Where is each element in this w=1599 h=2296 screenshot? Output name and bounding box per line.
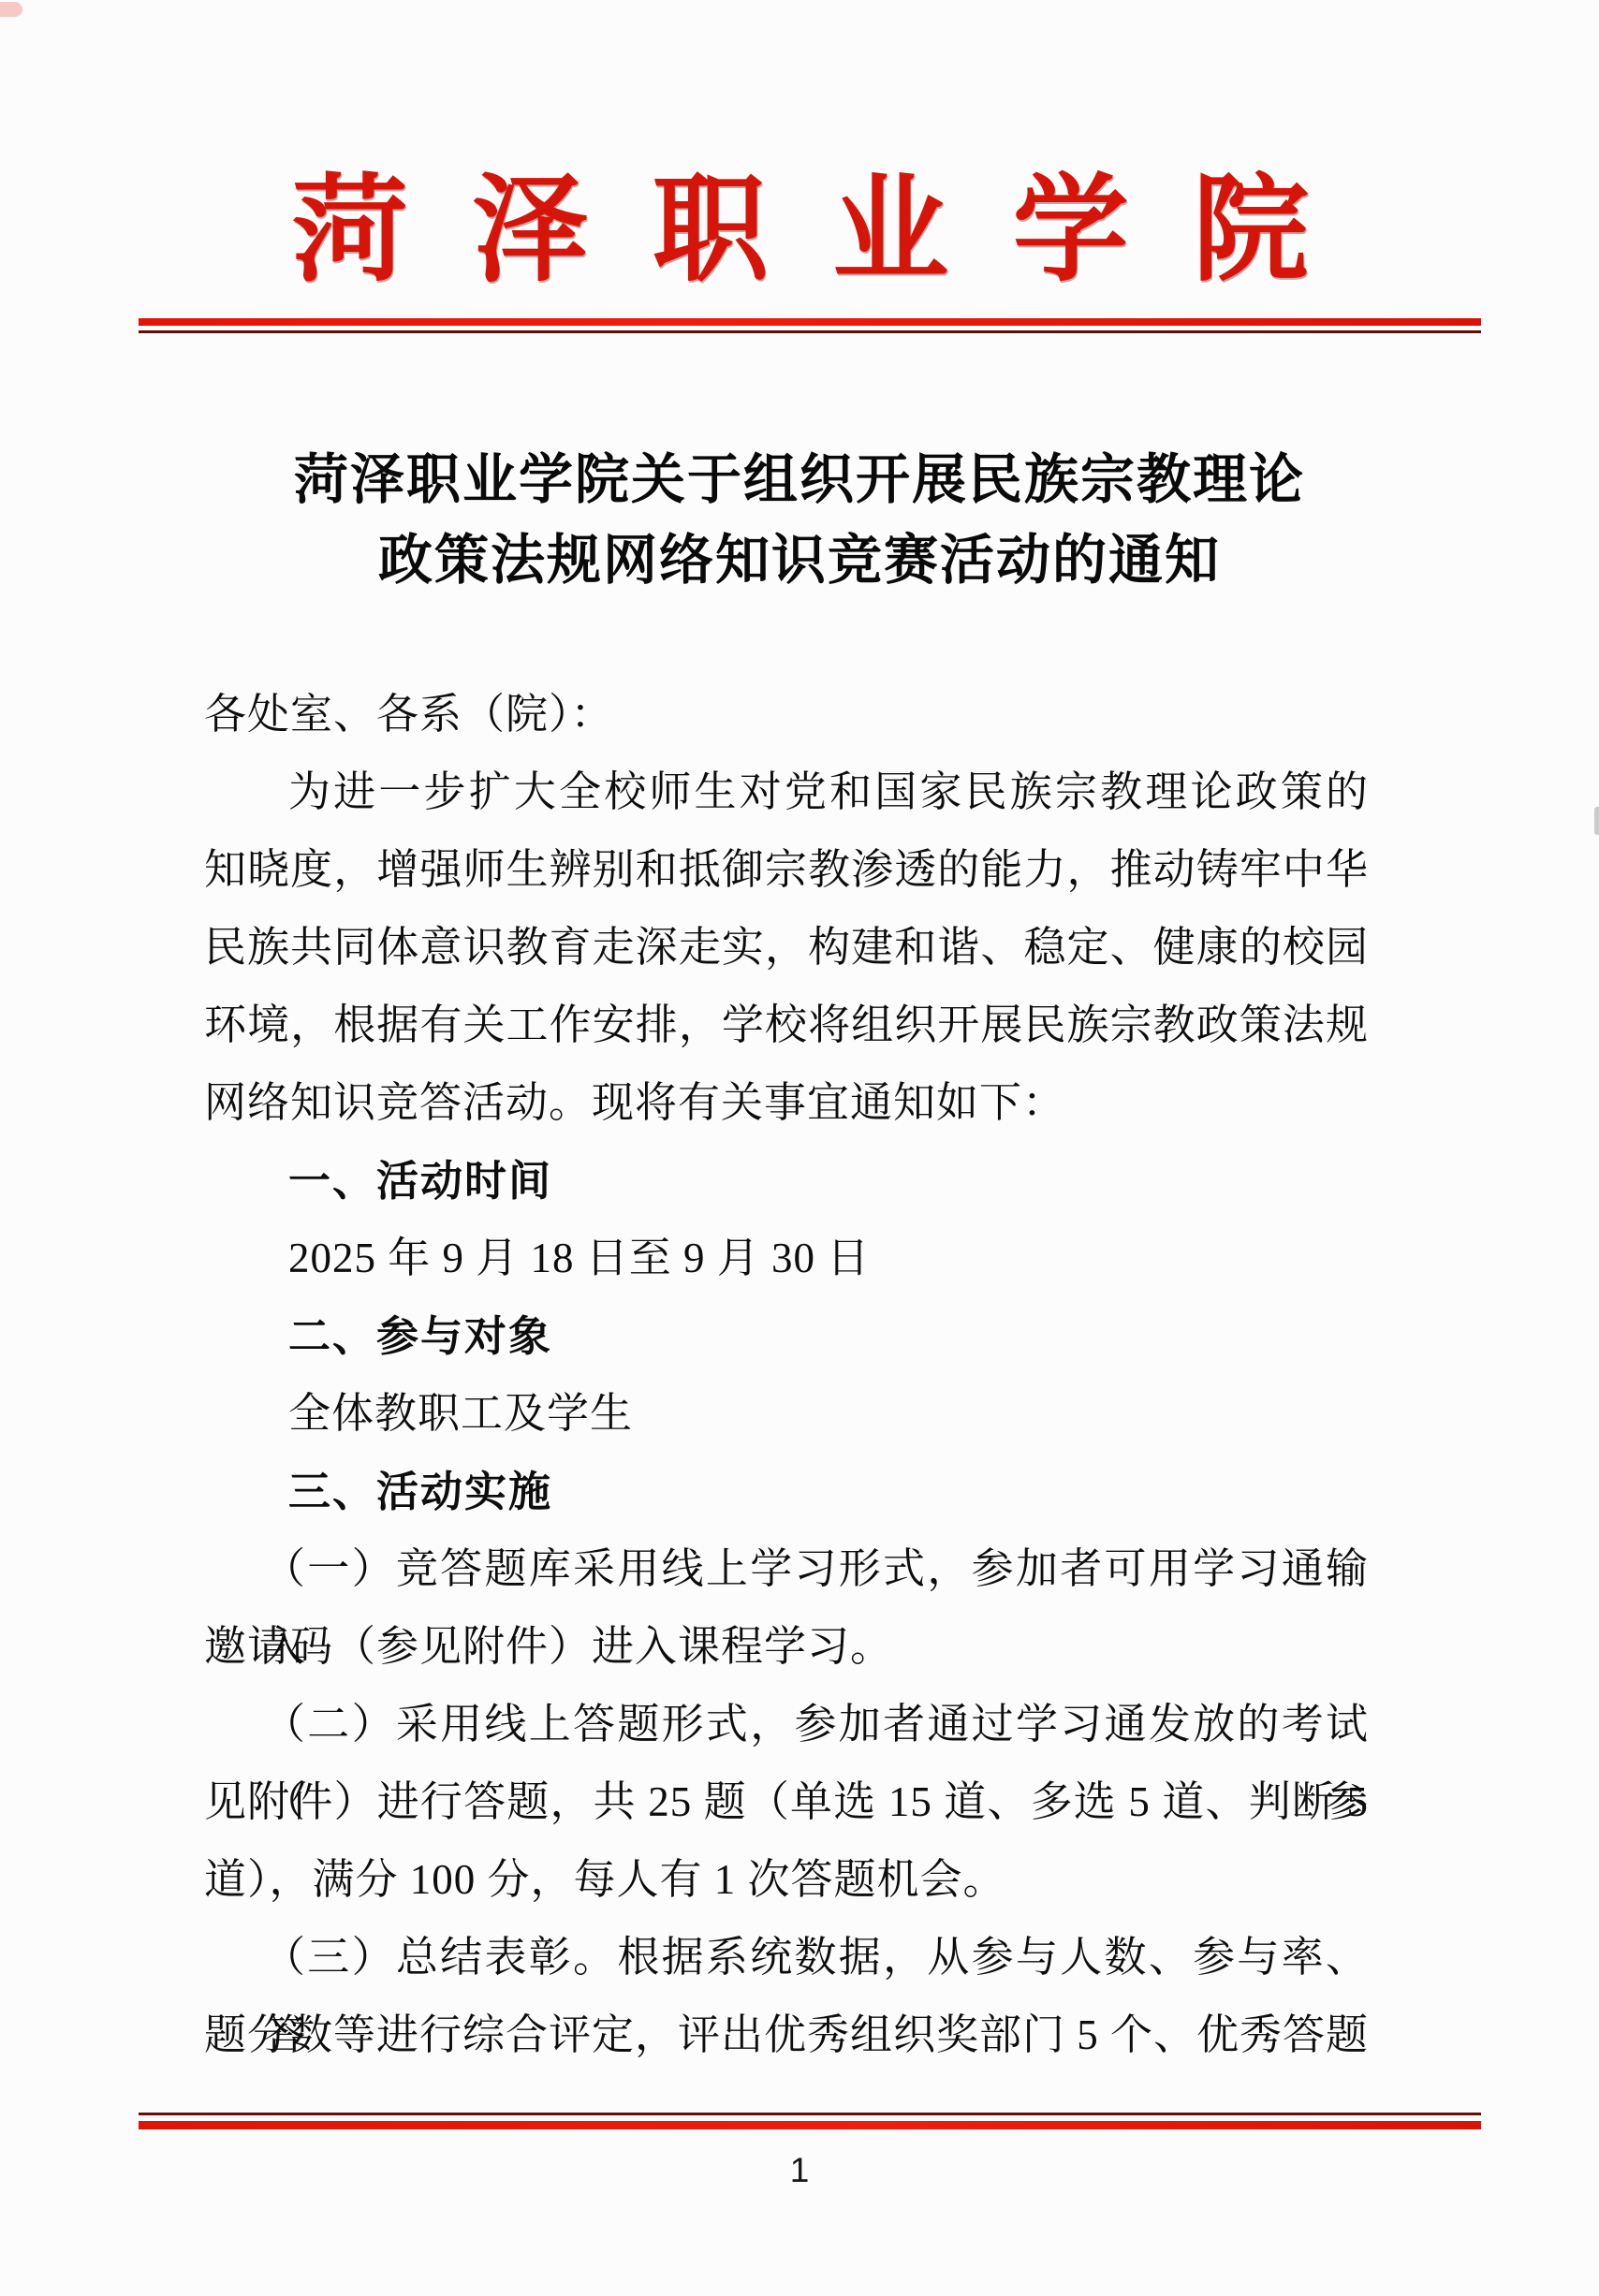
body-line: 民族共同体意识教育走深走实，构建和谐、稳定、健康的校园 (204, 909, 1369, 987)
body-line: 二、参与对象 (204, 1297, 1369, 1375)
body-line: 各处室、各系（院）： (204, 676, 1369, 753)
scanned-notice-page: 菏泽职业学院 菏泽职业学院关于组织开展民族宗教理论 政策法规网络知识竞赛活动的通… (0, 0, 1599, 2296)
page-number: 1 (0, 2149, 1599, 2192)
letterhead-char: 业 (832, 161, 948, 301)
body-line: 知晓度，增强师生辨别和抵御宗教渗透的能力，推动铸牢中华 (204, 831, 1369, 909)
letterhead-char: 菏 (292, 161, 408, 301)
header-rule-thick (139, 318, 1481, 326)
body-line: 全体教职工及学生 (204, 1375, 1369, 1453)
footer-rule-thick (139, 2121, 1481, 2129)
letterhead-char: 职 (653, 161, 769, 301)
scan-artifact-corner (0, 2, 22, 17)
body-line: （二）采用线上答题形式，参加者通过学习通发放的考试（参 (204, 1686, 1369, 1763)
letterhead-char: 泽 (472, 161, 588, 301)
scan-artifact-edge (1594, 807, 1599, 835)
letterhead-title: 菏泽职业学院 (292, 161, 1309, 301)
body-line: 题分数等进行综合评定，评出优秀组织奖部门 5 个、优秀答题 (204, 1996, 1369, 2074)
body-line: 邀请码（参见附件）进入课程学习。 (204, 1608, 1369, 1686)
document-title-line-1: 菏泽职业学院关于组织开展民族宗教理论 (0, 440, 1599, 520)
body-line: 2025 年 9 月 18 日至 9 月 30 日 (204, 1220, 1369, 1297)
body-line: 环境，根据有关工作安排，学校将组织开展民族宗教政策法规 (204, 987, 1369, 1064)
footer-rule-thin (139, 2113, 1481, 2115)
body-line: 为进一步扩大全校师生对党和国家民族宗教理论政策的 (204, 753, 1369, 831)
document-title: 菏泽职业学院关于组织开展民族宗教理论 政策法规网络知识竞赛活动的通知 (0, 440, 1599, 601)
body-line: （三）总结表彰。根据系统数据，从参与人数、参与率、答 (204, 1919, 1369, 1996)
body-line: 一、活动时间 (204, 1142, 1369, 1220)
body-line: 网络知识竞答活动。现将有关事宜通知如下： (204, 1064, 1369, 1142)
body-line: 道），满分 100 分，每人有 1 次答题机会。 (204, 1841, 1369, 1919)
header-rule-thin (139, 330, 1481, 333)
letterhead-char: 学 (1013, 161, 1129, 301)
document-body: 各处室、各系（院）：为进一步扩大全校师生对党和国家民族宗教理论政策的知晓度，增强… (204, 676, 1369, 2074)
letterhead-char: 院 (1193, 161, 1309, 301)
document-title-line-2: 政策法规网络知识竞赛活动的通知 (0, 520, 1599, 601)
body-line: （一）竞答题库采用线上学习形式，参加者可用学习通输入 (204, 1530, 1369, 1608)
body-line: 见附件）进行答题，共 25 题（单选 15 道、多选 5 道、判断 5 (204, 1763, 1369, 1841)
body-line: 三、活动实施 (204, 1453, 1369, 1530)
